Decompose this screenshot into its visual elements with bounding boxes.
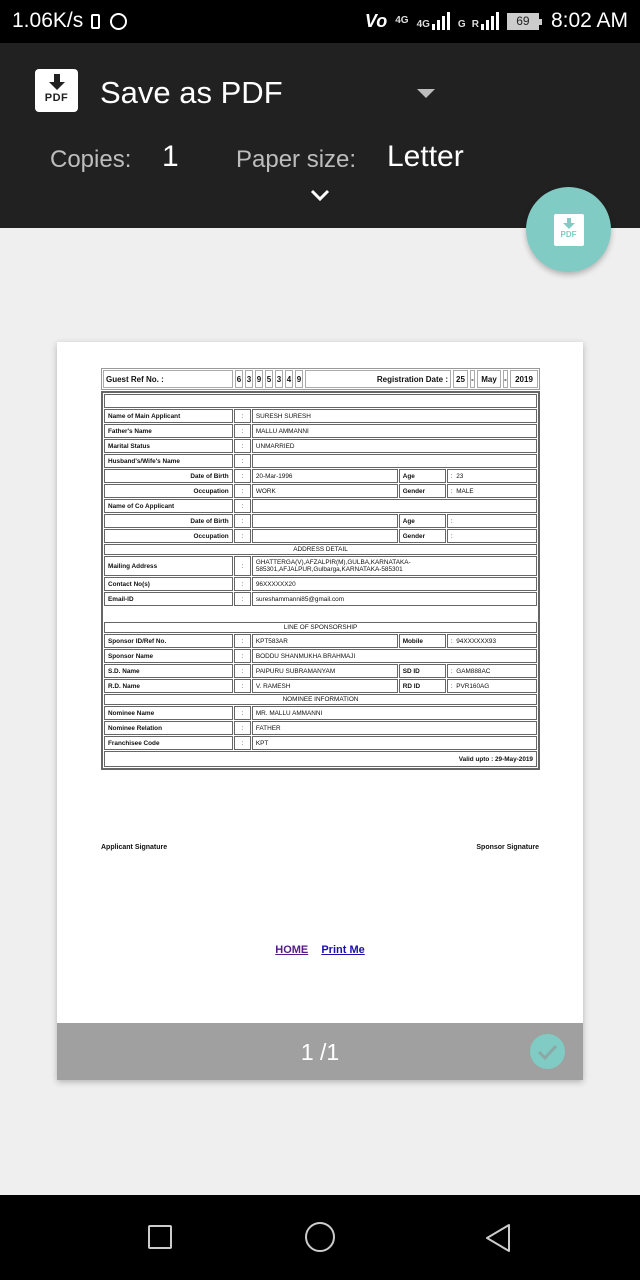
guest-ref-digit: 9	[295, 370, 303, 388]
pdf-printer-icon: PDF	[35, 69, 78, 112]
alarm-icon	[110, 13, 127, 30]
valid-upto: Valid upto : 29-May-2019	[104, 751, 537, 767]
pdf-download-icon: PDF	[554, 214, 584, 246]
table-row: Name of Main Applicant : SURESH SURESH	[104, 409, 537, 423]
table-row: Occupation : Gender :	[104, 529, 537, 543]
mailing-address: GHATTERGA(V),AFZALPIR(M),GULBA,KARNATAKA…	[252, 556, 537, 576]
co-gender: :	[447, 529, 537, 543]
co-occupation	[252, 529, 398, 543]
guest-ref-digit: 5	[265, 370, 273, 388]
page-select-checkbox[interactable]	[530, 1034, 565, 1069]
battery-icon: 69	[507, 13, 539, 30]
copies-value[interactable]: 1	[162, 140, 179, 174]
section-title-sponsorship: LINE OF SPONSORSHIP	[104, 622, 537, 633]
vibrate-icon	[91, 14, 100, 29]
footer-links: HOME Print Me	[57, 944, 583, 956]
marital-status: UNMARRIED	[252, 439, 537, 453]
guest-ref-digit: 3	[245, 370, 253, 388]
copies-label: Copies:	[50, 146, 131, 174]
dropdown-arrow-icon[interactable]	[417, 89, 435, 98]
guest-ref-digit: 4	[285, 370, 293, 388]
sponsor-mobile: : 94XXXXXX93	[447, 634, 537, 648]
table-row: Sponsor Name : BODDU SHANMUKHA BRAHMAJI	[104, 649, 537, 663]
sponsor-name: BODDU SHANMUKHA BRAHMAJI	[252, 649, 537, 663]
sd-id: : GAM888AC	[447, 664, 537, 678]
guest-ref-row: Guest Ref No. : 6 3 9 5 3 4 9 Registrati…	[101, 368, 540, 390]
print-me-link[interactable]: Print Me	[321, 944, 364, 956]
section-title-nominee: NOMINEE INFORMATION	[104, 694, 537, 705]
network-speed: 1.06K/s	[12, 9, 83, 33]
co-age: :	[447, 514, 537, 528]
table-row: Name of Co Applicant :	[104, 499, 537, 513]
co-applicant-name	[252, 499, 537, 513]
contact-number: 96XXXXXX20	[252, 577, 537, 591]
table-row: Franchisee Code : KPT	[104, 736, 537, 750]
guest-ref-digit: 6	[235, 370, 243, 388]
reg-year: 2019	[510, 370, 538, 388]
reg-month: May	[477, 370, 501, 388]
guest-ref-label: Guest Ref No. :	[103, 370, 233, 388]
rd-id: : PVR160AG	[447, 679, 537, 693]
page-preview[interactable]: Guest Ref No. : 6 3 9 5 3 4 9 Registrati…	[57, 342, 583, 1080]
nominee-relation: FATHER	[252, 721, 537, 735]
table-row: Nominee Name : MR. MALLU AMMANNI	[104, 706, 537, 720]
sponsor-signature-label: Sponsor Signature	[476, 844, 539, 851]
reg-day: 25	[453, 370, 468, 388]
sponsor-id: KPT583AR	[252, 634, 398, 648]
home-button[interactable]	[305, 1222, 335, 1252]
spouse-name	[252, 454, 537, 468]
page-footer: 1 /1	[57, 1023, 583, 1080]
section-title-address: ADDRESS DETAIL	[104, 544, 537, 555]
page-indicator: 1 /1	[57, 1039, 583, 1066]
age: : 23	[447, 469, 537, 483]
email: sureshammanni85@gmail.com	[252, 592, 537, 606]
reg-separator: -	[503, 370, 508, 388]
table-row: Date of Birth : 20-Mar-1996 Age : 23	[104, 469, 537, 483]
paper-size-label: Paper size:	[236, 146, 356, 174]
gender: : MALE	[447, 484, 537, 498]
clock: 8:02 AM	[551, 9, 628, 33]
table-row: Husband's/Wife's Name :	[104, 454, 537, 468]
table-row: Marital Status : UNMARRIED	[104, 439, 537, 453]
reg-separator: -	[470, 370, 475, 388]
sd-name: PAIPURU SUBRAMANYAM	[252, 664, 398, 678]
spacer-row	[104, 607, 537, 621]
table-row: Contact No(s) : 96XXXXXX20	[104, 577, 537, 591]
father-name: MALLU AMMANNI	[252, 424, 537, 438]
guest-ref-digit: 9	[255, 370, 263, 388]
destination-select[interactable]: Save as PDF	[100, 75, 283, 111]
signal-icon-sim1: 4G	[417, 12, 450, 30]
check-icon	[530, 1034, 565, 1069]
table-row: R.D. Name : V. RAMESH RD ID : PVR160AG	[104, 679, 537, 693]
franchisee-code: KPT	[252, 736, 537, 750]
navigation-bar	[0, 1195, 640, 1280]
co-date-of-birth	[252, 514, 398, 528]
recent-apps-button[interactable]	[148, 1225, 172, 1249]
nominee-name: MR. MALLU AMMANNI	[252, 706, 537, 720]
paper-size-value[interactable]: Letter	[387, 140, 464, 174]
signal-icon-sim2: G R	[458, 12, 499, 30]
spacer-row	[104, 394, 537, 408]
date-of-birth: 20-Mar-1996	[252, 469, 398, 483]
table-row: S.D. Name : PAIPURU SUBRAMANYAM SD ID : …	[104, 664, 537, 678]
rd-name: V. RAMESH	[252, 679, 398, 693]
main-applicant-name: SURESH SURESH	[252, 409, 537, 423]
home-link[interactable]: HOME	[275, 944, 308, 956]
network-type-icon: 4G	[395, 16, 408, 26]
back-button[interactable]	[485, 1223, 511, 1253]
table-row: Father's Name : MALLU AMMANNI	[104, 424, 537, 438]
volte-icon: Vo	[365, 11, 387, 32]
expand-chevron-icon[interactable]	[310, 188, 330, 202]
table-row: Date of Birth : Age :	[104, 514, 537, 528]
table-row: Email-ID : sureshammanni85@gmail.com	[104, 592, 537, 606]
occupation: WORK	[252, 484, 398, 498]
table-row: Occupation : WORK Gender : MALE	[104, 484, 537, 498]
table-row: Mailing Address : GHATTERGA(V),AFZALPIR(…	[104, 556, 537, 576]
applicant-signature-label: Applicant Signature	[101, 844, 167, 851]
table-row: Nominee Relation : FATHER	[104, 721, 537, 735]
download-pdf-button[interactable]: PDF	[526, 187, 611, 272]
guest-ref-digit: 3	[275, 370, 283, 388]
application-form: Name of Main Applicant : SURESH SURESH F…	[101, 391, 540, 770]
table-row: Sponsor ID/Ref No. : KPT583AR Mobile : 9…	[104, 634, 537, 648]
registration-date-label: Registration Date :	[305, 370, 451, 388]
status-bar: 1.06K/s Vo 4G 4G G R 69 8:02 AM	[0, 0, 640, 43]
